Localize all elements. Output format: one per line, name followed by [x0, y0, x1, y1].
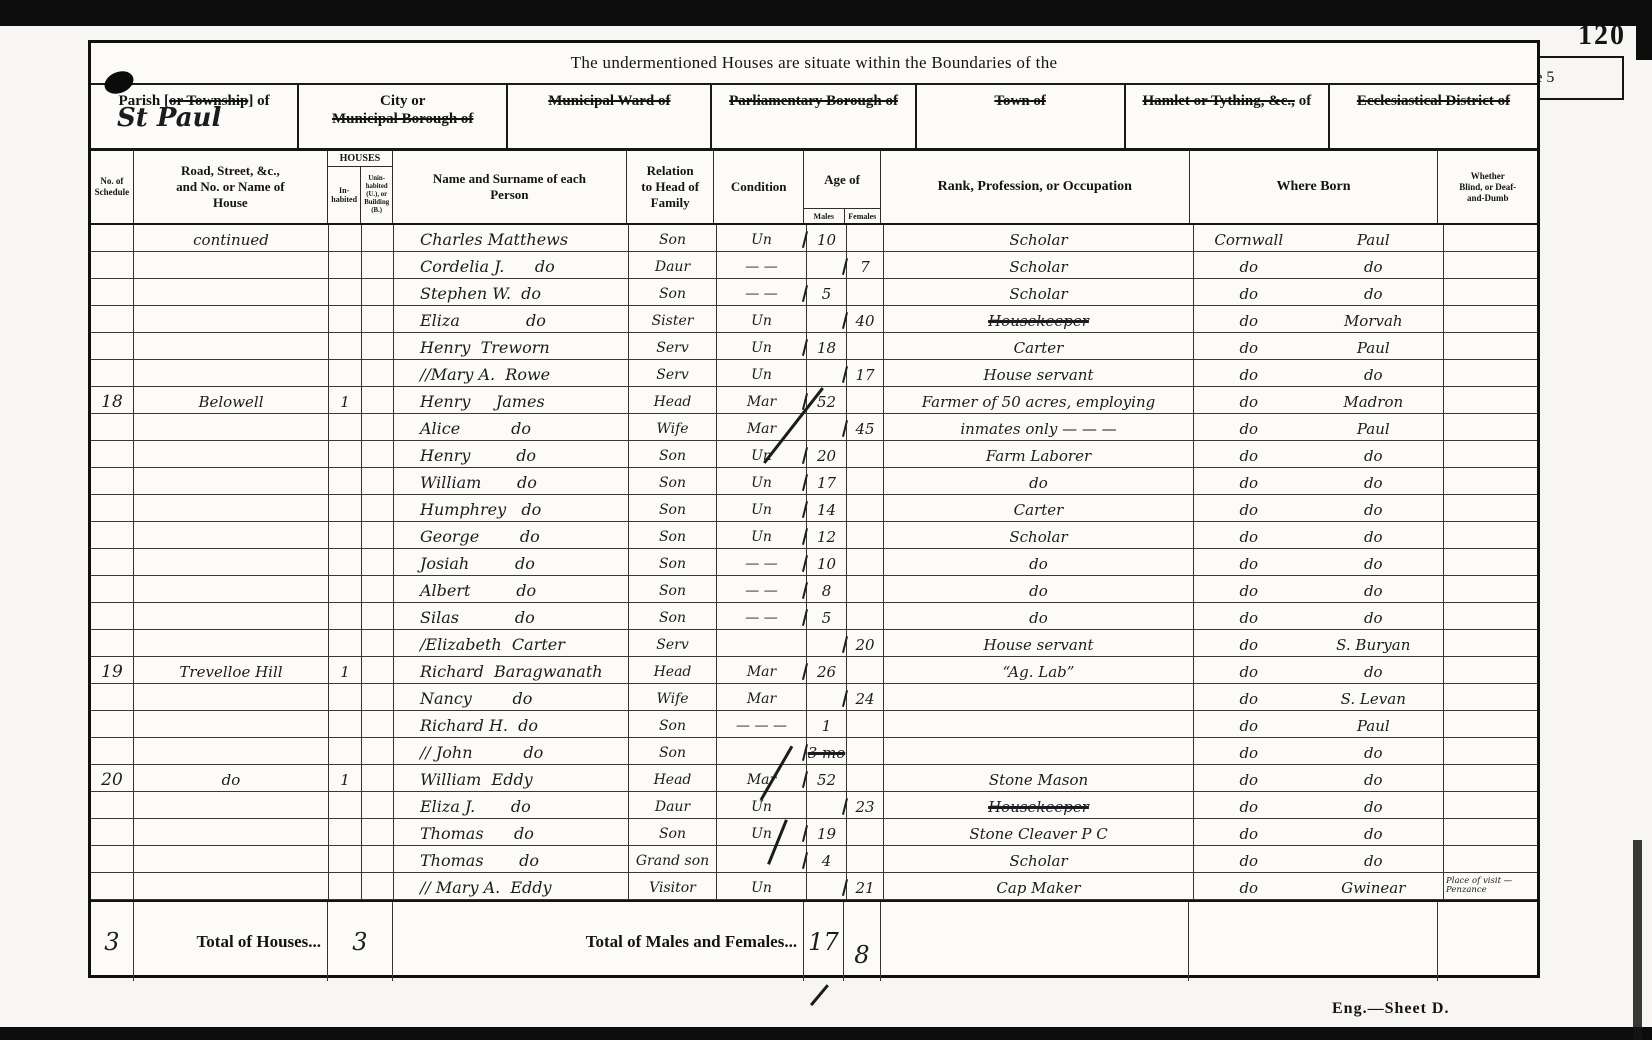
person-name: Henry do — [393, 441, 628, 467]
col-relation-l3: Family — [651, 195, 690, 211]
where-born: doPaul — [1193, 711, 1443, 737]
inhabited-mark — [328, 495, 361, 521]
condition-value: Un — [716, 360, 806, 386]
col-schedule: No. of Schedule — [91, 151, 133, 223]
born-county: do — [1194, 499, 1304, 521]
age-male — [806, 360, 846, 386]
house-name — [133, 495, 328, 521]
age-female — [846, 495, 883, 521]
relation-to-head: Son — [628, 738, 716, 764]
house-name — [133, 792, 328, 818]
col-inhabited: In-habited — [328, 167, 360, 223]
col-blind-l3: and-Dumb — [1467, 193, 1509, 204]
schedule-number — [91, 630, 133, 656]
census-record-row: Nancy doWifeMar24doS. Levan — [91, 684, 1537, 711]
house-name — [133, 414, 328, 440]
uninhabited-mark — [361, 252, 393, 278]
remarks — [1443, 306, 1543, 332]
col-born-label: Where Born — [1277, 179, 1351, 195]
scan-edge-bottom — [0, 1027, 1652, 1040]
census-record-row: // Mary A. EddyVisitorUn21Cap MakerdoGwi… — [91, 873, 1537, 900]
inhabited-mark: 1 — [328, 765, 361, 791]
schedule-number — [91, 684, 133, 710]
remarks — [1443, 333, 1543, 359]
town-label: Town of — [994, 93, 1046, 109]
where-born: doMadron — [1193, 387, 1443, 413]
person-name: Stephen W. do — [393, 279, 628, 305]
census-record-row: Eliza doSisterUn40HousekeeperdoMorvah — [91, 306, 1537, 333]
age-male — [806, 306, 846, 332]
person-name: // John do — [393, 738, 628, 764]
born-county: do — [1194, 688, 1304, 710]
uninhabited-mark — [361, 738, 393, 764]
inhabited-mark — [328, 414, 361, 440]
relation-to-head: Son — [628, 468, 716, 494]
house-name — [133, 684, 328, 710]
where-born: doGwinear — [1193, 873, 1443, 899]
age-male — [806, 684, 846, 710]
col-males: Males — [804, 209, 843, 223]
table-title-row: The undermentioned Houses are situate wi… — [91, 43, 1537, 85]
table-title: The undermentioned Houses are situate wi… — [571, 53, 1058, 73]
house-name — [133, 630, 328, 656]
inhabited-mark — [328, 306, 361, 332]
relation-to-head: Sister — [628, 306, 716, 332]
condition-value: Mar — [716, 765, 806, 791]
house-name: Belowell — [133, 387, 328, 413]
house-name — [133, 603, 328, 629]
age-male: 52 — [806, 765, 846, 791]
relation-to-head: Son — [628, 225, 716, 251]
age-male: 3 mo — [806, 738, 846, 764]
relation-to-head: Wife — [628, 414, 716, 440]
where-born: dodo — [1193, 738, 1443, 764]
house-name — [133, 738, 328, 764]
inhabited-mark — [328, 441, 361, 467]
census-record-row: Albert doSon— —8dododo — [91, 576, 1537, 603]
uninhabited-mark — [361, 684, 393, 710]
age-female — [846, 765, 883, 791]
occupation: Housekeeper — [883, 792, 1193, 818]
where-born: dodo — [1193, 765, 1443, 791]
relation-to-head: Son — [628, 522, 716, 548]
person-name: Henry James — [393, 387, 628, 413]
born-county: do — [1194, 283, 1304, 305]
census-record-row: Cordelia J. doDaur— —7Scholardodo — [91, 252, 1537, 279]
schedule-number — [91, 495, 133, 521]
born-county: Cornwall — [1194, 229, 1304, 251]
schedule-number — [91, 414, 133, 440]
uninhabited-mark — [361, 846, 393, 872]
uninhabited-mark — [361, 657, 393, 683]
col-age-title: Age of — [804, 151, 880, 208]
born-parish: do — [1304, 607, 1443, 629]
totals-blind-cell — [1437, 902, 1537, 981]
condition-value: — — — [716, 252, 806, 278]
schedule-number: 20 — [91, 765, 133, 791]
uninhabited-mark — [361, 468, 393, 494]
age-male — [806, 252, 846, 278]
uninhabited-mark — [361, 225, 393, 251]
remarks — [1443, 738, 1543, 764]
inhabited-mark — [328, 738, 361, 764]
ink-stroke — [810, 984, 829, 1006]
census-record-row: Eliza J. doDaurUn23Housekeeperdodo — [91, 792, 1537, 819]
relation-to-head: Visitor — [628, 873, 716, 899]
uninhabited-mark — [361, 522, 393, 548]
uninhabited-mark — [361, 333, 393, 359]
schedule-number — [91, 738, 133, 764]
relation-to-head: Serv — [628, 630, 716, 656]
col-condition-label: Condition — [731, 179, 787, 195]
house-name — [133, 333, 328, 359]
born-parish: do — [1304, 526, 1443, 548]
house-name — [133, 711, 328, 737]
uninhabited-mark — [361, 360, 393, 386]
where-born: doPaul — [1193, 414, 1443, 440]
census-record-row: George doSonUn12Scholardodo — [91, 522, 1537, 549]
margin-tally: 3 — [104, 928, 119, 956]
born-county: do — [1194, 391, 1304, 413]
inhabited-mark — [328, 225, 361, 251]
col-uninhabited: Unin-habited (U.), or Building (B.) — [360, 167, 392, 223]
age-male — [806, 792, 846, 818]
born-parish: do — [1304, 445, 1443, 467]
person-name: // Mary A. Eddy — [393, 873, 628, 899]
house-name — [133, 819, 328, 845]
age-male: 10 — [806, 225, 846, 251]
occupation: House servant — [883, 360, 1193, 386]
remarks — [1443, 657, 1543, 683]
born-county: do — [1194, 796, 1304, 818]
census-record-row: Henry TrewornServUn18CarterdoPaul — [91, 333, 1537, 360]
uninhabited-mark — [361, 306, 393, 332]
relation-to-head: Son — [628, 549, 716, 575]
condition-value: — — — [716, 576, 806, 602]
condition-value: Un — [716, 819, 806, 845]
born-county: do — [1194, 823, 1304, 845]
house-name — [133, 306, 328, 332]
condition-value — [716, 738, 806, 764]
schedule-number — [91, 279, 133, 305]
inhabited-mark: 1 — [328, 387, 361, 413]
person-name: Silas do — [393, 603, 628, 629]
occupation: Stone Mason — [883, 765, 1193, 791]
uninhabited-mark — [361, 576, 393, 602]
uninhabited-mark — [361, 414, 393, 440]
uninhabited-mark — [361, 279, 393, 305]
sheet-footer: Eng.—Sheet D. — [1332, 1000, 1449, 1018]
where-born: dodo — [1193, 360, 1443, 386]
scan-corner-top-right — [1636, 0, 1652, 60]
born-parish: Paul — [1304, 337, 1443, 359]
inhabited-mark — [328, 333, 361, 359]
col-name: Name and Surname of each Person — [392, 151, 626, 223]
col-blind-l1: Whether — [1471, 171, 1505, 182]
schedule-number — [91, 576, 133, 602]
ecclesiastical-label: Ecclesiastical District of — [1357, 93, 1510, 109]
born-parish: do — [1304, 580, 1443, 602]
condition-value: Un — [716, 495, 806, 521]
uninhabited-mark — [361, 549, 393, 575]
col-blind-l2: Blind, or Deaf- — [1459, 182, 1516, 193]
relation-to-head: Son — [628, 711, 716, 737]
total-males-value: 17 — [808, 928, 839, 956]
census-record-row: 20do1William EddyHeadMar52Stone Masondod… — [91, 765, 1537, 792]
schedule-number — [91, 549, 133, 575]
remarks: Place of visit — Penzance — [1443, 873, 1543, 899]
age-female: 20 — [846, 630, 883, 656]
inhabited-mark — [328, 711, 361, 737]
occupation — [883, 738, 1193, 764]
born-parish: Paul — [1304, 229, 1443, 251]
age-female — [846, 333, 883, 359]
inhabited-mark — [328, 252, 361, 278]
occupation: inmates only — — — — [883, 414, 1193, 440]
age-male: 1 — [806, 711, 846, 737]
page-number: 120 — [1578, 20, 1626, 52]
col-houses-group: HOUSES In-habited Unin-habited (U.), or … — [327, 151, 392, 223]
col-age-group: Age of Males Females — [803, 151, 880, 223]
census-record-row: Stephen W. doSon— —5Scholardodo — [91, 279, 1537, 306]
uninhabited-mark — [361, 819, 393, 845]
column-header-row: No. of Schedule Road, Street, &c., and N… — [91, 151, 1537, 225]
col-name-l2: Person — [490, 187, 528, 203]
born-county: do — [1194, 418, 1304, 440]
census-record-row: Thomas doSonUn19Stone Cleaver P Cdodo — [91, 819, 1537, 846]
age-female: 17 — [846, 360, 883, 386]
age-male: 5 — [806, 603, 846, 629]
house-name — [133, 522, 328, 548]
remarks — [1443, 846, 1543, 872]
age-female: 45 — [846, 414, 883, 440]
inhabited-mark — [328, 846, 361, 872]
occupation: Scholar — [883, 846, 1193, 872]
where-born: doMorvah — [1193, 306, 1443, 332]
schedule-number — [91, 846, 133, 872]
age-female: 7 — [846, 252, 883, 278]
census-record-row: 19Trevelloe Hill1Richard BaragwanathHead… — [91, 657, 1537, 684]
age-male: 17 — [806, 468, 846, 494]
age-male: 20 — [806, 441, 846, 467]
age-female — [846, 279, 883, 305]
person-name: Eliza do — [393, 306, 628, 332]
census-record-row: //Mary A. RoweServUn17House servantdodo — [91, 360, 1537, 387]
age-female — [846, 657, 883, 683]
born-county: do — [1194, 661, 1304, 683]
age-male: 5 — [806, 279, 846, 305]
where-born: dodo — [1193, 576, 1443, 602]
house-name — [133, 576, 328, 602]
person-name: Richard Baragwanath — [393, 657, 628, 683]
condition-value — [716, 846, 806, 872]
schedule-number — [91, 603, 133, 629]
remarks — [1443, 279, 1543, 305]
occupation: Scholar — [883, 252, 1193, 278]
records-body: continuedCharles MatthewsSonUn10ScholarC… — [91, 225, 1537, 900]
relation-to-head: Grand son — [628, 846, 716, 872]
age-male: 4 — [806, 846, 846, 872]
relation-to-head: Daur — [628, 792, 716, 818]
condition-value: Un — [716, 441, 806, 467]
hamlet-label: Hamlet or Tything, &c., — [1142, 93, 1295, 109]
occupation: do — [883, 549, 1193, 575]
condition-value: Un — [716, 468, 806, 494]
remarks — [1443, 468, 1543, 494]
where-born: dodo — [1193, 495, 1443, 521]
census-record-row: /Elizabeth CarterServ20House servantdoS.… — [91, 630, 1537, 657]
age-female: 40 — [846, 306, 883, 332]
col-road-l3: House — [213, 195, 248, 211]
born-parish: Paul — [1304, 715, 1443, 737]
parish-box: Parish [or Township] of St Paul — [91, 85, 297, 148]
where-born: dodo — [1193, 522, 1443, 548]
born-county: do — [1194, 337, 1304, 359]
age-male: 14 — [806, 495, 846, 521]
total-males-females-label: Total of Males and Females... — [392, 902, 803, 981]
inhabited-mark — [328, 468, 361, 494]
age-female — [846, 711, 883, 737]
person-name: Nancy do — [393, 684, 628, 710]
census-record-row: // John doSon3 mododo — [91, 738, 1537, 765]
person-name: Josiah do — [393, 549, 628, 575]
person-name: /Elizabeth Carter — [393, 630, 628, 656]
person-name: //Mary A. Rowe — [393, 360, 628, 386]
schedule-number — [91, 306, 133, 332]
remarks — [1443, 549, 1543, 575]
age-female — [846, 225, 883, 251]
where-born: dodo — [1193, 603, 1443, 629]
condition-value: Mar — [716, 387, 806, 413]
col-houses-title: HOUSES — [328, 151, 392, 167]
totals-row: 3 Total of Houses... 3 Total of Males an… — [91, 900, 1537, 981]
age-female — [846, 468, 883, 494]
occupation: Scholar — [883, 225, 1193, 251]
house-name — [133, 441, 328, 467]
occupation: Housekeeper — [883, 306, 1193, 332]
relation-to-head: Son — [628, 603, 716, 629]
remarks — [1443, 522, 1543, 548]
where-born: dodo — [1193, 792, 1443, 818]
col-females: Females — [844, 209, 881, 223]
house-name — [133, 279, 328, 305]
age-female — [846, 738, 883, 764]
occupation: Cap Maker — [883, 873, 1193, 899]
remarks — [1443, 711, 1543, 737]
relation-to-head: Daur — [628, 252, 716, 278]
where-born: dodo — [1193, 549, 1443, 575]
condition-value: — — — [716, 279, 806, 305]
hamlet-box: Hamlet or Tything, &c., of — [1124, 85, 1328, 148]
remarks — [1443, 792, 1543, 818]
schedule-number: 18 — [91, 387, 133, 413]
total-houses-value: 3 — [352, 928, 367, 956]
scan-edge-bottom-right — [1633, 840, 1642, 1040]
inhabited-mark — [328, 819, 361, 845]
schedule-number — [91, 225, 133, 251]
person-name: George do — [393, 522, 628, 548]
col-relation-l2: to Head of — [641, 179, 699, 195]
age-male — [806, 630, 846, 656]
occupation: House servant — [883, 630, 1193, 656]
born-parish: do — [1304, 553, 1443, 575]
house-name — [133, 360, 328, 386]
condition-value: Mar — [716, 684, 806, 710]
city-box: City or Municipal Borough of — [297, 85, 506, 148]
born-parish: do — [1304, 823, 1443, 845]
schedule-number — [91, 522, 133, 548]
uninhabited-mark — [361, 711, 393, 737]
remarks — [1443, 387, 1543, 413]
person-name: Henry Treworn — [393, 333, 628, 359]
born-county: do — [1194, 850, 1304, 872]
inhabited-mark — [328, 792, 361, 818]
house-name — [133, 549, 328, 575]
uninhabited-mark — [361, 603, 393, 629]
col-rank-label: Rank, Profession, or Occupation — [938, 179, 1132, 195]
condition-value — [716, 630, 806, 656]
condition-value: Un — [716, 225, 806, 251]
occupation: “Ag. Lab” — [883, 657, 1193, 683]
born-county: do — [1194, 607, 1304, 629]
age-female — [846, 819, 883, 845]
remarks — [1443, 414, 1543, 440]
occupation: Farm Laborer — [883, 441, 1193, 467]
where-born: doS. Buryan — [1193, 630, 1443, 656]
totals-rank-cell — [880, 902, 1189, 981]
schedule-number — [91, 819, 133, 845]
remarks — [1443, 441, 1543, 467]
born-county: do — [1194, 877, 1304, 899]
col-road-l2: and No. or Name of — [176, 179, 284, 195]
age-male: 26 — [806, 657, 846, 683]
born-parish: do — [1304, 283, 1443, 305]
remarks — [1443, 252, 1543, 278]
inhabited-mark — [328, 630, 361, 656]
remarks — [1443, 360, 1543, 386]
relation-to-head: Head — [628, 765, 716, 791]
inhabited-mark — [328, 279, 361, 305]
parliamentary-label: Parliamentary Borough of — [729, 93, 898, 109]
occupation — [883, 684, 1193, 710]
census-record-row: continuedCharles MatthewsSonUn10ScholarC… — [91, 225, 1537, 252]
schedule-number — [91, 360, 133, 386]
census-record-row: Josiah doSon— —10dododo — [91, 549, 1537, 576]
age-female — [846, 522, 883, 548]
condition-value: Un — [716, 873, 806, 899]
condition-value: — — — [716, 603, 806, 629]
where-born: dodo — [1193, 279, 1443, 305]
city-label-line1: City or — [380, 93, 425, 109]
uninhabited-mark — [361, 495, 393, 521]
age-female — [846, 603, 883, 629]
born-parish: S. Buryan — [1304, 634, 1443, 656]
relation-to-head: Son — [628, 495, 716, 521]
inhabited-mark — [328, 549, 361, 575]
inhabited-mark — [328, 684, 361, 710]
born-county: do — [1194, 364, 1304, 386]
born-parish: do — [1304, 850, 1443, 872]
schedule-number — [91, 873, 133, 899]
scan-edge-top — [0, 0, 1652, 26]
born-county: do — [1194, 472, 1304, 494]
relation-to-head: Son — [628, 441, 716, 467]
age-male — [806, 414, 846, 440]
schedule-number — [91, 441, 133, 467]
born-parish: do — [1304, 769, 1443, 791]
age-female — [846, 549, 883, 575]
where-born: dodo — [1193, 819, 1443, 845]
